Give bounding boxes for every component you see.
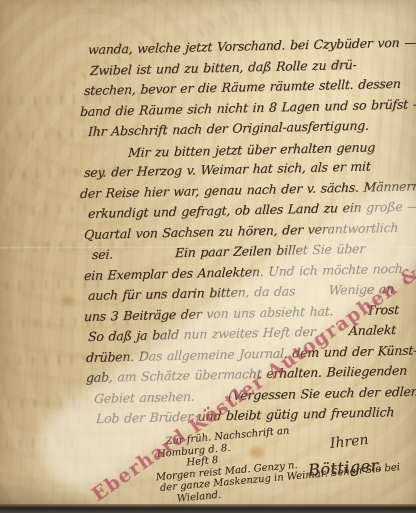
bottom-edge-shadow [0, 504, 416, 513]
bleedthrough-mark [193, 0, 277, 40]
stain [62, 296, 74, 305]
bleedthrough-mark [0, 354, 90, 366]
letter-scan: wanda, welche jetzt Vorschand. bei Czybü… [0, 0, 416, 513]
bleedthrough-mark [0, 203, 95, 215]
